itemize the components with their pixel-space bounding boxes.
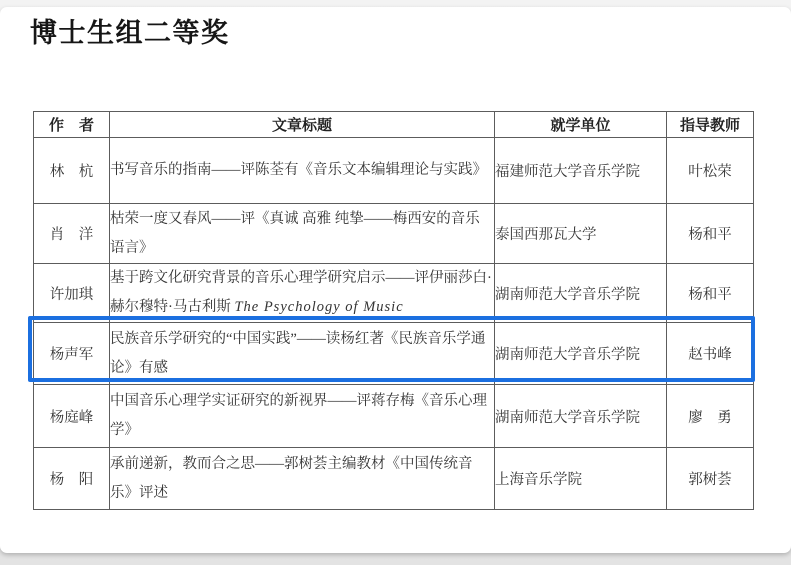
page-title: 博士生组二等奖 (30, 16, 230, 50)
table-header-row: 作 者 文章标题 就学单位 指导教师 (34, 112, 754, 138)
table-row: 杨庭峰 中国音乐心理学实证研究的新视界——评蒋存梅《音乐心理学》 湖南师范大学音… (34, 385, 754, 448)
awards-table: 作 者 文章标题 就学单位 指导教师 林 杭 书写音乐的指南——评陈荃有《音乐文… (33, 111, 754, 510)
advisor-cell: 廖 勇 (667, 385, 754, 448)
title-cell: 民族音乐学研究的“中国实践”——读杨红著《民族音乐学通论》有感 (110, 323, 495, 385)
author-cell: 许加琪 (34, 264, 110, 323)
table-row-highlighted: 杨声军 民族音乐学研究的“中国实践”——读杨红著《民族音乐学通论》有感 湖南师范… (34, 323, 754, 385)
title-cell: 承前递新，教而合之思——郭树荟主编教材《中国传统音乐》评述 (110, 448, 495, 510)
advisor-cell: 杨和平 (667, 264, 754, 323)
title-cell: 基于跨文化研究背景的音乐心理学研究启示——评伊丽莎白·赫尔穆特·马古利斯 The… (110, 264, 495, 323)
institution-cell: 泰国西那瓦大学 (495, 204, 667, 264)
author-cell: 杨声军 (34, 323, 110, 385)
table-row: 杨 阳 承前递新，教而合之思——郭树荟主编教材《中国传统音乐》评述 上海音乐学院… (34, 448, 754, 510)
author-cell: 杨庭峰 (34, 385, 110, 448)
institution-cell: 上海音乐学院 (495, 448, 667, 510)
header-advisor: 指导教师 (667, 112, 754, 138)
table-row: 许加琪 基于跨文化研究背景的音乐心理学研究启示——评伊丽莎白·赫尔穆特·马古利斯… (34, 264, 754, 323)
header-institution: 就学单位 (495, 112, 667, 138)
header-title: 文章标题 (110, 112, 495, 138)
header-author: 作 者 (34, 112, 110, 138)
title-cell: 枯荣一度又春风——评《真诚 高雅 纯挚——梅西安的音乐语言》 (110, 204, 495, 264)
table-row: 肖 洋 枯荣一度又春风——评《真诚 高雅 纯挚——梅西安的音乐语言》 泰国西那瓦… (34, 204, 754, 264)
screenshot-root: { "page": { "title": "博士生组二等奖" }, "table… (0, 0, 791, 565)
advisor-cell: 杨和平 (667, 204, 754, 264)
author-cell: 杨 阳 (34, 448, 110, 510)
institution-cell: 湖南师范大学音乐学院 (495, 264, 667, 323)
institution-cell: 湖南师范大学音乐学院 (495, 323, 667, 385)
title-english-italic: The Psychology of Music (234, 299, 403, 315)
document-card: 博士生组二等奖 作 者 文章标题 就学单位 指导教师 林 杭 书写音乐的指南——… (0, 7, 791, 553)
advisor-cell: 郭树荟 (667, 448, 754, 510)
title-cell: 书写音乐的指南——评陈荃有《音乐文本编辑理论与实践》 (110, 138, 495, 204)
author-cell: 肖 洋 (34, 204, 110, 264)
title-cell: 中国音乐心理学实证研究的新视界——评蒋存梅《音乐心理学》 (110, 385, 495, 448)
advisor-cell: 赵书峰 (667, 323, 754, 385)
author-cell: 林 杭 (34, 138, 110, 204)
institution-cell: 湖南师范大学音乐学院 (495, 385, 667, 448)
advisor-cell: 叶松荣 (667, 138, 754, 204)
institution-cell: 福建师范大学音乐学院 (495, 138, 667, 204)
table-row: 林 杭 书写音乐的指南——评陈荃有《音乐文本编辑理论与实践》 福建师范大学音乐学… (34, 138, 754, 204)
